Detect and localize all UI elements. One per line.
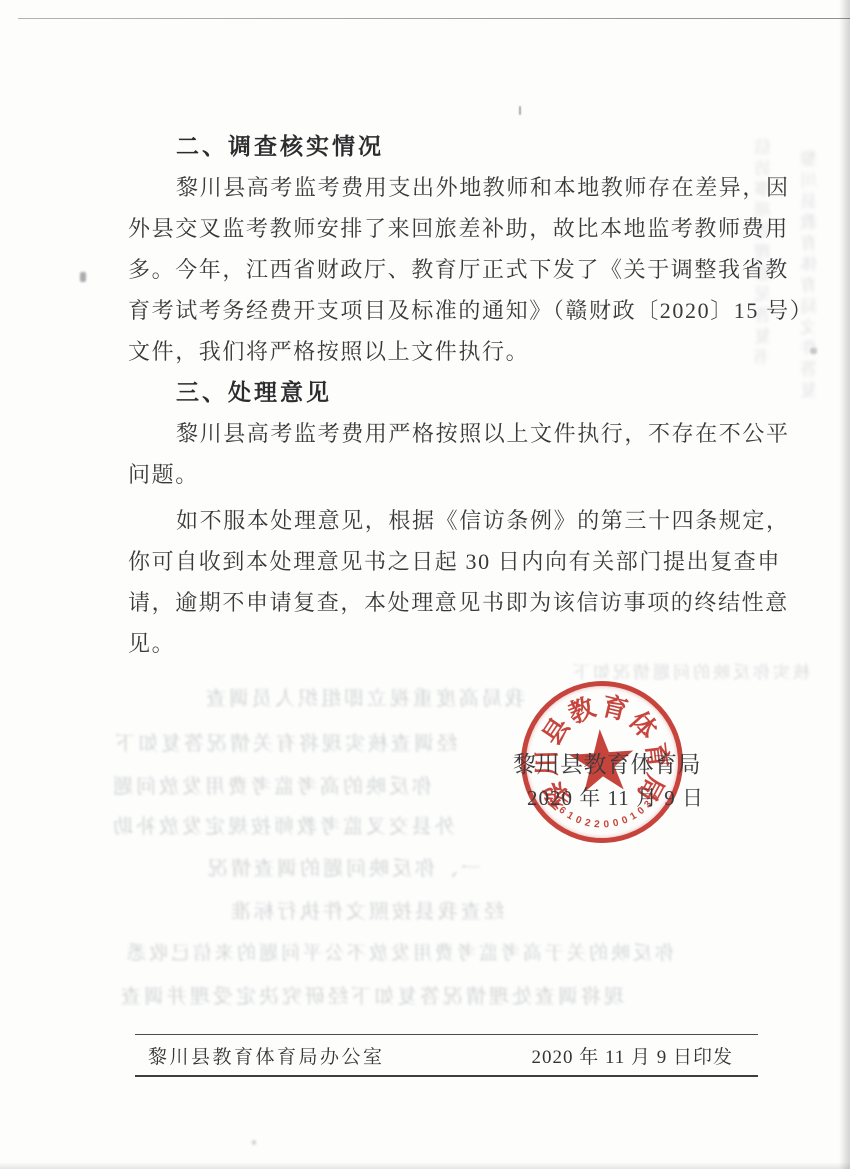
section-heading-investigation: 二、调查核实情况 <box>128 126 800 167</box>
bleed-through-line: 我局高度重视立即组织人员调查 <box>203 682 525 711</box>
scan-speck <box>80 272 86 282</box>
seal-serial-digit: 0 <box>620 815 629 827</box>
scanned-official-document-page: { "document": { "lines": [ {"text": "二、调… <box>0 0 850 1169</box>
signature-date: 2020 年 11 月 9 日 <box>527 782 704 812</box>
seal-serial-digit: 2 <box>583 817 591 829</box>
document-footer: 黎川县教育体育局办公室 2020 年 11 月 9 日印发 <box>135 1034 758 1077</box>
bleed-through-line: 现将调查处理情况答复如下经研究决定受理并调查 <box>118 980 624 1009</box>
footer-issuing-office: 黎川县教育体育局办公室 <box>148 1042 385 1069</box>
body-line: 文件，我们将严格按照以上文件执行。 <box>128 331 800 372</box>
body-line: 见。 <box>128 623 800 664</box>
footer-print-date: 2020 年 11 月 9 日印发 <box>531 1042 733 1069</box>
seal-serial-digit: 0 <box>612 817 620 829</box>
seal-serial-digit: 1 <box>628 810 638 822</box>
body-line: 黎川县高考监考费用支出外地教师和本地教师存在差异，因 <box>128 167 800 208</box>
scan-speck <box>252 1140 256 1145</box>
scan-speck <box>519 106 521 115</box>
signature-organization: 黎川县教育体育局 <box>513 746 701 779</box>
document-body-lower: 如不服本处理意见，根据《信访条例》的第三十四条规定， 你可自收到本处理意见书之日… <box>128 500 800 664</box>
scan-edge-shadow-bottom <box>0 1162 850 1169</box>
seal-serial-digit: 0 <box>603 819 609 830</box>
document-body-upper: 二、调查核实情况 黎川县高考监考费用支出外地教师和本地教师存在差异，因 外县交叉… <box>128 126 800 495</box>
seal-serial-digit: 2 <box>594 819 600 830</box>
scan-edge-shadow-right <box>839 0 850 1169</box>
bleed-through-line: 外县交叉监考教师按规定发放补助 <box>110 810 455 839</box>
bleed-through-line: 你反映的关于高考监考费用发放不公平问题的来信已收悉 <box>124 938 674 965</box>
bleed-through-line: 经查我县按照文件执行标准 <box>228 895 504 924</box>
bleed-through-line: 你反映的高考监考费用发放问题 <box>110 770 432 799</box>
body-line: 你可自收到本处理意见书之日起 30 日内向有关部门提出复查申 <box>128 541 800 582</box>
body-line: 如不服本处理意见，根据《信访条例》的第三十四条规定， <box>128 500 800 541</box>
body-line: 多。今年，江西省财政厅、教育厅正式下发了《关于调整我省教 <box>128 249 800 290</box>
body-line: 外县交叉监考教师安排了来回旅差补助，故比本地监考教师费用 <box>128 208 800 249</box>
body-line: 请，逾期不申请复查，本处理意见书即为该信访事项的终结性意 <box>128 582 800 623</box>
section-heading-resolution: 三、处理意见 <box>128 372 800 413</box>
bleed-through-line: 经调查核实现将有关情况答复如下 <box>112 727 457 756</box>
scanner-hairline <box>18 18 850 19</box>
body-line: 育考试考务经费开支项目及标准的通知》（赣财政〔2020〕15 号） <box>128 290 800 331</box>
body-line: 黎川县高考监考费用严格按照以上文件执行，不存在不公平 <box>128 413 800 454</box>
body-line: 问题。 <box>128 454 800 495</box>
bleed-through-line: 一、你反映问题的调查情况 <box>205 852 481 881</box>
seal-serial-digit: 0 <box>574 814 583 826</box>
